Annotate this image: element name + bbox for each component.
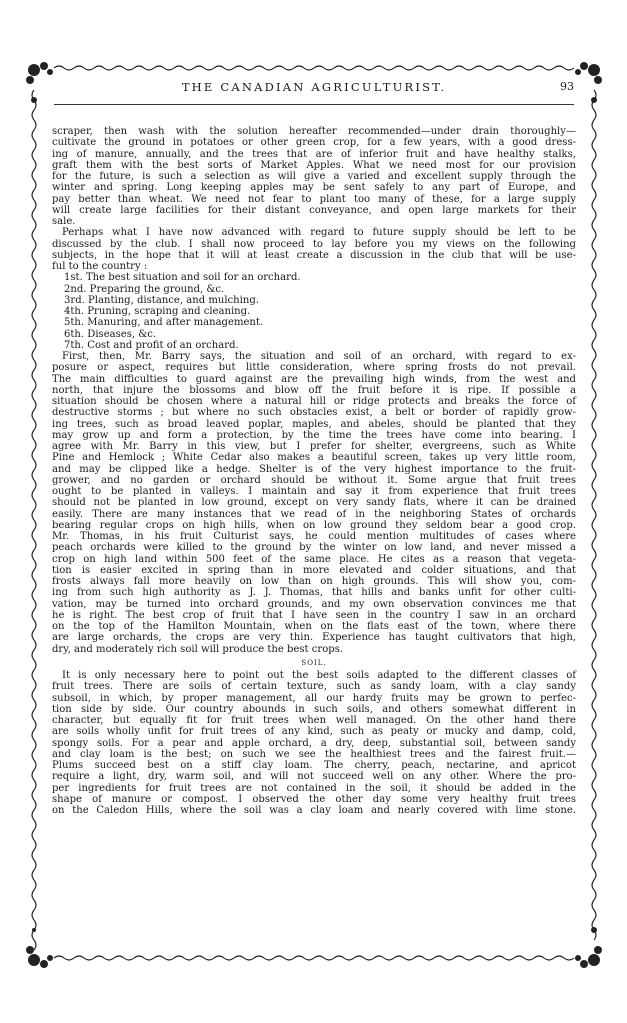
page-header: THE CANADIAN AGRICULTURIST. 93 (54, 80, 574, 100)
text-line: scraper, then wash with the solution her… (52, 126, 576, 137)
text-line: require a light, dry, warm soil, and wil… (52, 771, 576, 782)
text-line: Plums succeed best on a stiff clay loam.… (52, 760, 576, 771)
text-line: and clay loam is the best; on such we se… (52, 749, 576, 760)
section-heading-soil: SOIL. (52, 658, 576, 669)
list-item: 5th. Manuring, and after management. (52, 317, 576, 328)
book-page: THE CANADIAN AGRICULTURIST. 93 scraper, … (24, 60, 604, 970)
text-line: may grow up and form a protection, by th… (52, 430, 576, 441)
header-rule (54, 104, 574, 105)
text-line: and may be clipped like a hedge. Shelter… (52, 464, 576, 475)
text-line: Pine and Hemlock ; White Cedar also make… (52, 452, 576, 463)
text-line: on the Caledon Hills, where the soil was… (52, 805, 576, 816)
paragraph-continuation: scraper, then wash with the solution her… (52, 126, 576, 227)
text-line: on the top of the Hamilton Mountain, whe… (52, 621, 576, 632)
text-line: grower, and no garden or orchard should … (52, 475, 576, 486)
running-title: THE CANADIAN AGRICULTURIST. (54, 80, 574, 94)
text-line: will create large facilities for their d… (52, 205, 576, 216)
text-line: winter and spring. Long keeping apples m… (52, 182, 576, 193)
text-line: per ingredients for fruit trees are not … (52, 783, 576, 794)
text-line: crop on high land within 500 feet of the… (52, 554, 576, 565)
text-line: for the future, is such a selection as w… (52, 171, 576, 182)
text-line: The main difficulties to guard against a… (52, 374, 576, 385)
list-item: 7th. Cost and profit of an orchard. (52, 340, 576, 351)
text-line: should not be planted in low ground, exc… (52, 497, 576, 508)
text-line: Perhaps what I have now advanced with re… (52, 227, 576, 238)
text-line: sale. (52, 216, 576, 227)
text-line: ful to the country : (52, 261, 576, 272)
list-item: 2nd. Preparing the ground, &c. (52, 284, 576, 295)
text-line: pay better than wheat. We need not fear … (52, 194, 576, 205)
text-line: discussed by the club. I shall now proce… (52, 239, 576, 250)
text-line: peach orchards were killed to the ground… (52, 542, 576, 553)
text-line: character, but equally fit for fruit tre… (52, 715, 576, 726)
text-line: It is only necessary here to point out t… (52, 670, 576, 681)
text-line: fruit trees. There are soils of certain … (52, 681, 576, 692)
text-line: he is right. The best crop of fruit that… (52, 610, 576, 621)
text-line: ing of manure, annually, and the trees t… (52, 149, 576, 160)
text-line: posure or aspect, requires but little co… (52, 362, 576, 373)
paragraph-situation: First, then, Mr. Barry says, the situati… (52, 351, 576, 655)
text-line: situation should be chosen where a natur… (52, 396, 576, 407)
text-line: are soils wholly unfit for fruit trees o… (52, 726, 576, 737)
page-number: 93 (560, 80, 574, 93)
text-line: north, that injure the blossoms and blow… (52, 385, 576, 396)
text-line: Mr. Thomas, in his fruit Culturist says,… (52, 531, 576, 542)
paragraph-subjects-intro: Perhaps what I have now advanced with re… (52, 227, 576, 272)
text-line: spongy soils. For a pear and apple orcha… (52, 738, 576, 749)
topics-list: 1st. The best situation and soil for an … (52, 272, 576, 351)
text-line: agree with Mr. Barry in this view, but I… (52, 441, 576, 452)
text-line: dry, and moderately rich soil will produ… (52, 644, 576, 655)
text-line: tion side by side. Our country abounds i… (52, 704, 576, 715)
text-line: frosts always fall more heavily on low t… (52, 576, 576, 587)
text-line: First, then, Mr. Barry says, the situati… (52, 351, 576, 362)
text-line: bearing regular crops on high hills, whe… (52, 520, 576, 531)
text-line: are large orchards, the crops are very t… (52, 632, 576, 643)
article-body: scraper, then wash with the solution her… (52, 126, 576, 816)
list-item: 3rd. Planting, distance, and mulching. (52, 295, 576, 306)
list-item: 4th. Pruning, scraping and cleaning. (52, 306, 576, 317)
text-line: tion is easier excited in spring than in… (52, 565, 576, 576)
text-line: ing trees, such as broad leaved poplar, … (52, 419, 576, 430)
text-line: cultivate the ground in potatoes or othe… (52, 137, 576, 148)
text-line: destructive storms ; but where no such o… (52, 407, 576, 418)
paragraph-soil: It is only necessary here to point out t… (52, 670, 576, 816)
text-line: vation, may be turned into orchard groun… (52, 599, 576, 610)
text-line: shape of manure or compost. I observed t… (52, 794, 576, 805)
text-line: ought to be planted in valleys. I mainta… (52, 486, 576, 497)
text-line: graft them with the best sorts of Market… (52, 160, 576, 171)
text-line: subsoil, in which, by proper management,… (52, 693, 576, 704)
text-line: ing from such high authority as J. J. Th… (52, 587, 576, 598)
list-item: 1st. The best situation and soil for an … (52, 272, 576, 283)
list-item: 6th. Diseases, &c. (52, 329, 576, 340)
text-line: easily. There are many instances that we… (52, 509, 576, 520)
text-line: subjects, in the hope that it will at le… (52, 250, 576, 261)
